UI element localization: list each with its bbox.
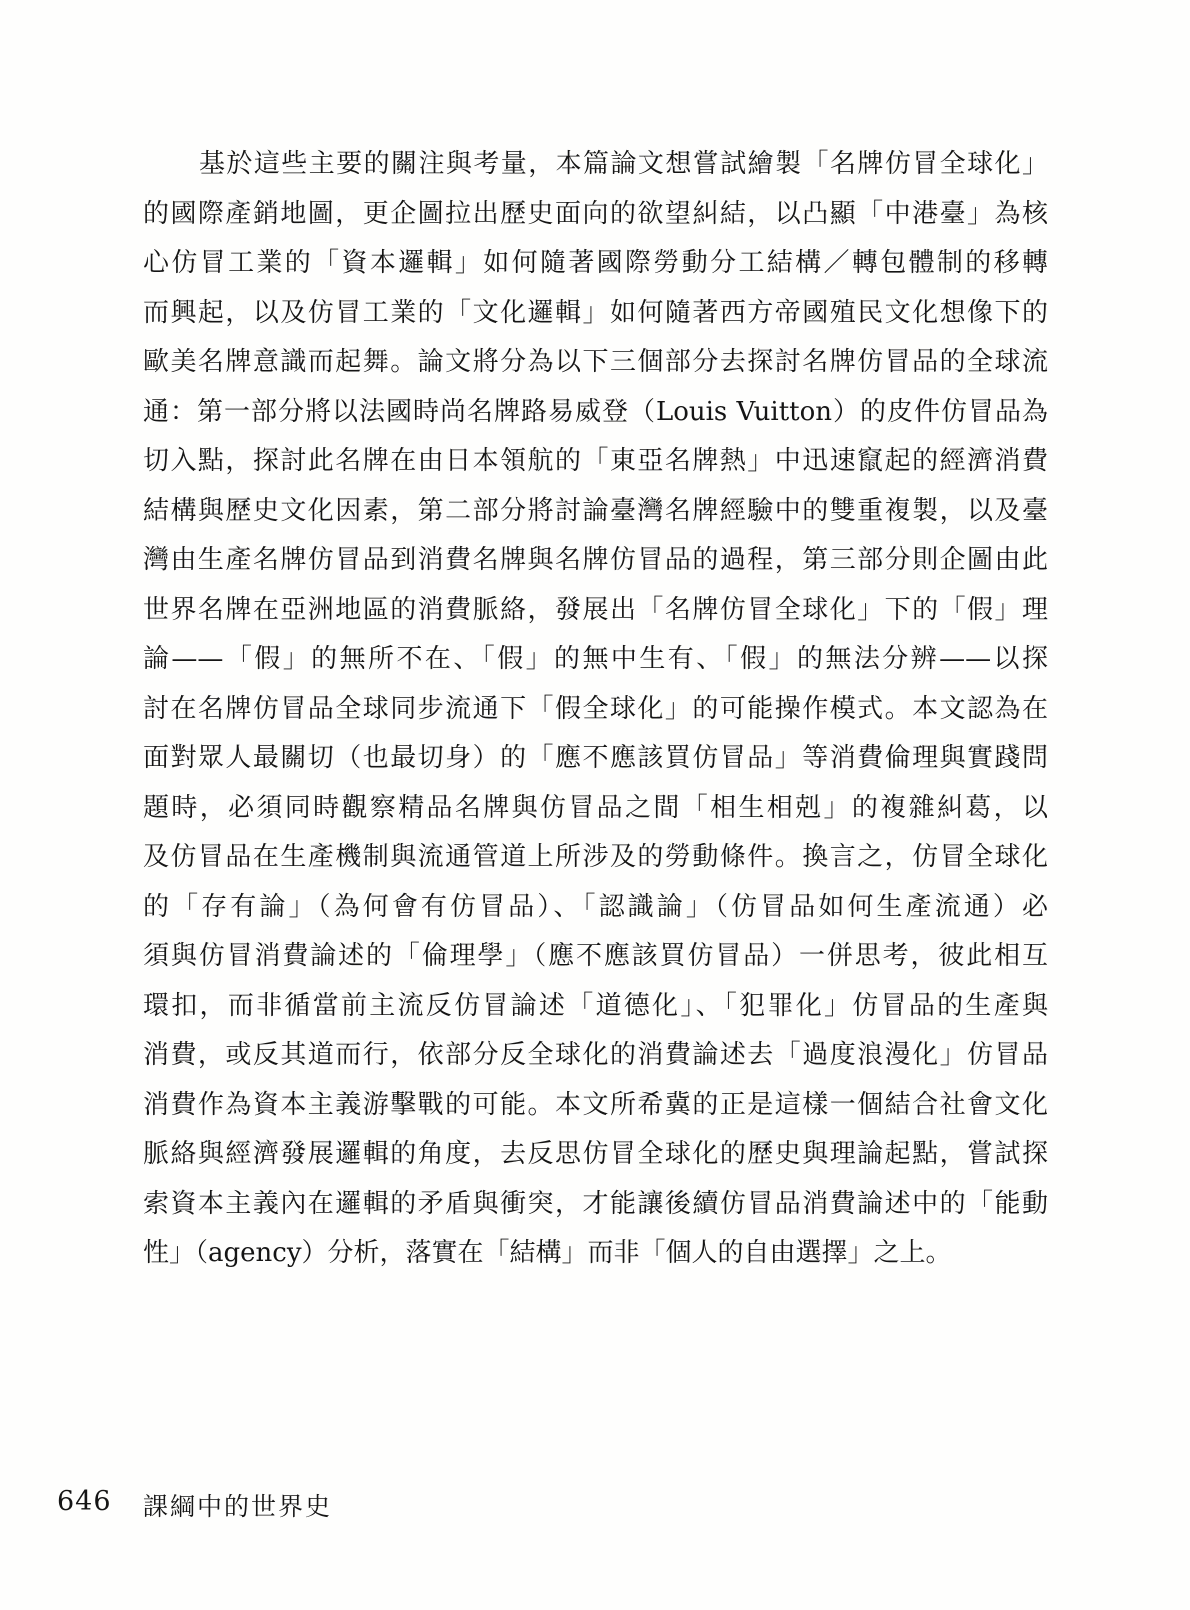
text-line: 面對眾人最關切（也最切身）的「應不應該買仿冒品」等消費倫理與實踐問 [143,734,1048,784]
page-footer: 646 課綱中的世界史 [0,1486,1190,1526]
text-line: 切入點，探討此名牌在由日本領航的「東亞名牌熱」中迅速竄起的經濟消費 [143,437,1048,487]
text-line: 的「存有論」（為何會有仿冒品）、「認識論」（仿冒品如何生產流通）必 [143,883,1048,933]
text-line: 結構與歷史文化因素，第二部分將討論臺灣名牌經驗中的雙重複製，以及臺 [143,487,1048,537]
running-title: 課綱中的世界史 [143,1487,332,1523]
text-line: 通：第一部分將以法國時尚名牌路易威登（Louis Vuitton）的皮件仿冒品為 [143,388,1048,438]
text-line: 世界名牌在亞洲地區的消費脈絡，發展出「名牌仿冒全球化」下的「假」理 [143,586,1048,636]
text-line: 消費，或反其道而行，依部分反全球化的消費論述去「過度浪漫化」仿冒品 [143,1031,1048,1081]
text-line: 索資本主義內在邏輯的矛盾與衝突，才能讓後續仿冒品消費論述中的「能動 [143,1180,1048,1230]
book-page: 基於這些主要的關注與考量，本篇論文想嘗試繪製「名牌仿冒全球化」的國際產銷地圖，更… [0,0,1190,1610]
text-line: 題時，必須同時觀察精品名牌與仿冒品之間「相生相剋」的複雜糾葛，以 [143,784,1048,834]
text-line: 的國際產銷地圖，更企圖拉出歷史面向的欲望糾結，以凸顯「中港臺」為核 [143,190,1048,240]
text-line: 基於這些主要的關注與考量，本篇論文想嘗試繪製「名牌仿冒全球化」 [143,140,1048,190]
text-line: 消費作為資本主義游擊戰的可能。本文所希冀的正是這樣一個結合社會文化 [143,1081,1048,1131]
text-line: 灣由生產名牌仿冒品到消費名牌與名牌仿冒品的過程，第三部分則企圖由此 [143,536,1048,586]
text-line: 及仿冒品在生產機制與流通管道上所涉及的勞動條件。換言之，仿冒全球化 [143,833,1048,883]
text-line: 性」（agency）分析，落實在「結構」而非「個人的自由選擇」之上。 [143,1229,1048,1279]
text-line: 論——「假」的無所不在、「假」的無中生有、「假」的無法分辨——以探 [143,635,1048,685]
text-line: 討在名牌仿冒品全球同步流通下「假全球化」的可能操作模式。本文認為在 [143,685,1048,735]
text-line: 而興起，以及仿冒工業的「文化邏輯」如何隨著西方帝國殖民文化想像下的 [143,289,1048,339]
text-line: 脈絡與經濟發展邏輯的角度，去反思仿冒全球化的歷史與理論起點，嘗試探 [143,1130,1048,1180]
page-number: 646 [57,1486,112,1517]
text-line: 心仿冒工業的「資本邏輯」如何隨著國際勞動分工結構／轉包體制的移轉 [143,239,1048,289]
text-line: 歐美名牌意識而起舞。論文將分為以下三個部分去探討名牌仿冒品的全球流 [143,338,1048,388]
paragraph: 基於這些主要的關注與考量，本篇論文想嘗試繪製「名牌仿冒全球化」的國際產銷地圖，更… [143,140,1048,1279]
text-line: 須與仿冒消費論述的「倫理學」（應不應該買仿冒品）一併思考，彼此相互 [143,932,1048,982]
text-line: 環扣，而非循當前主流反仿冒論述「道德化」、「犯罪化」仿冒品的生產與 [143,982,1048,1032]
